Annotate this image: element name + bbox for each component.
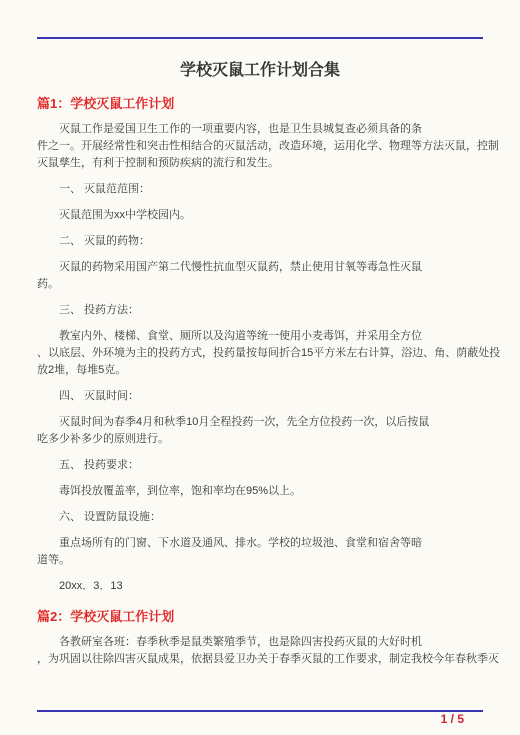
paragraph-line: 吃多少补多少的原则进行。 (37, 431, 483, 448)
paragraph: 灭鼠范围为xx中学校园内。 (37, 207, 483, 224)
list-heading-line: 五、 投药要求： (37, 457, 483, 474)
section-2-heading: 篇2：学校灭鼠工作计划 (37, 608, 483, 625)
paragraph: 灭鼠的药物采用国产第二代慢性抗血型灭鼠药，禁止使用甘氧等毒急性灭鼠 药。 (37, 259, 483, 293)
list-heading-line: 一、 灭鼠范范围： (37, 181, 483, 198)
list-heading-line: 六、 设置防鼠设施： (37, 509, 483, 526)
date-text: 20xx．3．13 (37, 578, 483, 595)
paragraph-line: 灭鼠范围为xx中学校园内。 (37, 207, 483, 224)
paragraph: 毒饵投放覆盖率，到位率，饱和率均在95%以上。 (37, 483, 483, 500)
list-heading: 一、 灭鼠范范围： (37, 181, 483, 198)
paragraph-line: 重点场所有的门窗、下水道及通风、排水。学校的垃圾池、食堂和宿舍等暗 (37, 535, 483, 552)
paragraph: 灭鼠时间为春季4月和秋季10月全程投药一次，先全方位投药一次，以后按鼠 吃多少补… (37, 414, 483, 448)
list-heading-line: 四、 灭鼠时间： (37, 388, 483, 405)
list-heading-line: 二、 灭鼠的药物： (37, 233, 483, 250)
paragraph-line: 灭鼠时间为春季4月和秋季10月全程投药一次，先全方位投药一次，以后按鼠 (37, 414, 483, 431)
document-page: 学校灭鼠工作计划合集 篇1：学校灭鼠工作计划 灭鼠工作是爱国卫生工作的一项重要内… (0, 0, 520, 735)
page-number: 1 / 5 (441, 712, 464, 726)
paragraph-line: 件之一。开展经常性和突击性相结合的灭鼠活动，改造环境，运用化学、物理等方法灭鼠，… (37, 138, 483, 155)
list-heading: 二、 灭鼠的药物： (37, 233, 483, 250)
paragraph-line: ，为巩固以往除四害灭鼠成果，依据县爱卫办关于春季灭鼠的工作要求，制定我校今年春秋… (37, 651, 483, 668)
section-1-heading: 篇1：学校灭鼠工作计划 (37, 95, 483, 112)
paragraph: 各教研室各班：春季秋季是鼠类繁殖季节，也是除四害投药灭鼠的大好时机 ，为巩固以往… (37, 634, 483, 668)
paragraph: 重点场所有的门窗、下水道及通风、排水。学校的垃圾池、食堂和宿舍等暗 道等。 (37, 535, 483, 569)
paragraph-line: 药。 (37, 276, 483, 293)
paragraph: 教室内外、楼梯、食堂、厕所以及沟道等统一使用小麦毒饵，并采用全方位 、以底层、外… (37, 328, 483, 379)
paragraph-line: 、以底层、外环境为主的投药方式，投药量按每间折合15平方米左右计算，浴边、角、荫… (37, 345, 483, 362)
list-heading: 四、 灭鼠时间： (37, 388, 483, 405)
top-divider-rule (37, 37, 483, 39)
paragraph-line: 灭鼠工作是爱国卫生工作的一项重要内容，也是卫生县城复查必须具备的条 (37, 121, 483, 138)
paragraph: 灭鼠工作是爱国卫生工作的一项重要内容，也是卫生县城复查必须具备的条 件之一。开展… (37, 121, 483, 172)
list-heading: 六、 设置防鼠设施： (37, 509, 483, 526)
date-line: 20xx．3．13 (37, 578, 483, 595)
list-heading-line: 三、 投药方法： (37, 302, 483, 319)
paragraph-line: 灭鼠的药物采用国产第二代慢性抗血型灭鼠药，禁止使用甘氧等毒急性灭鼠 (37, 259, 483, 276)
page-title: 学校灭鼠工作计划合集 (37, 0, 483, 82)
paragraph-line: 道等。 (37, 552, 483, 569)
paragraph-line: 教室内外、楼梯、食堂、厕所以及沟道等统一使用小麦毒饵，并采用全方位 (37, 328, 483, 345)
paragraph-line: 各教研室各班：春季秋季是鼠类繁殖季节，也是除四害投药灭鼠的大好时机 (37, 634, 483, 651)
bottom-divider-rule (37, 710, 483, 712)
paragraph-line: 灭鼠孳生，有利于控制和预防疾病的流行和发生。 (37, 155, 483, 172)
list-heading: 五、 投药要求： (37, 457, 483, 474)
paragraph-line: 毒饵投放覆盖率，到位率，饱和率均在95%以上。 (37, 483, 483, 500)
list-heading: 三、 投药方法： (37, 302, 483, 319)
paragraph-line: 放2堆，每堆5克。 (37, 362, 483, 379)
